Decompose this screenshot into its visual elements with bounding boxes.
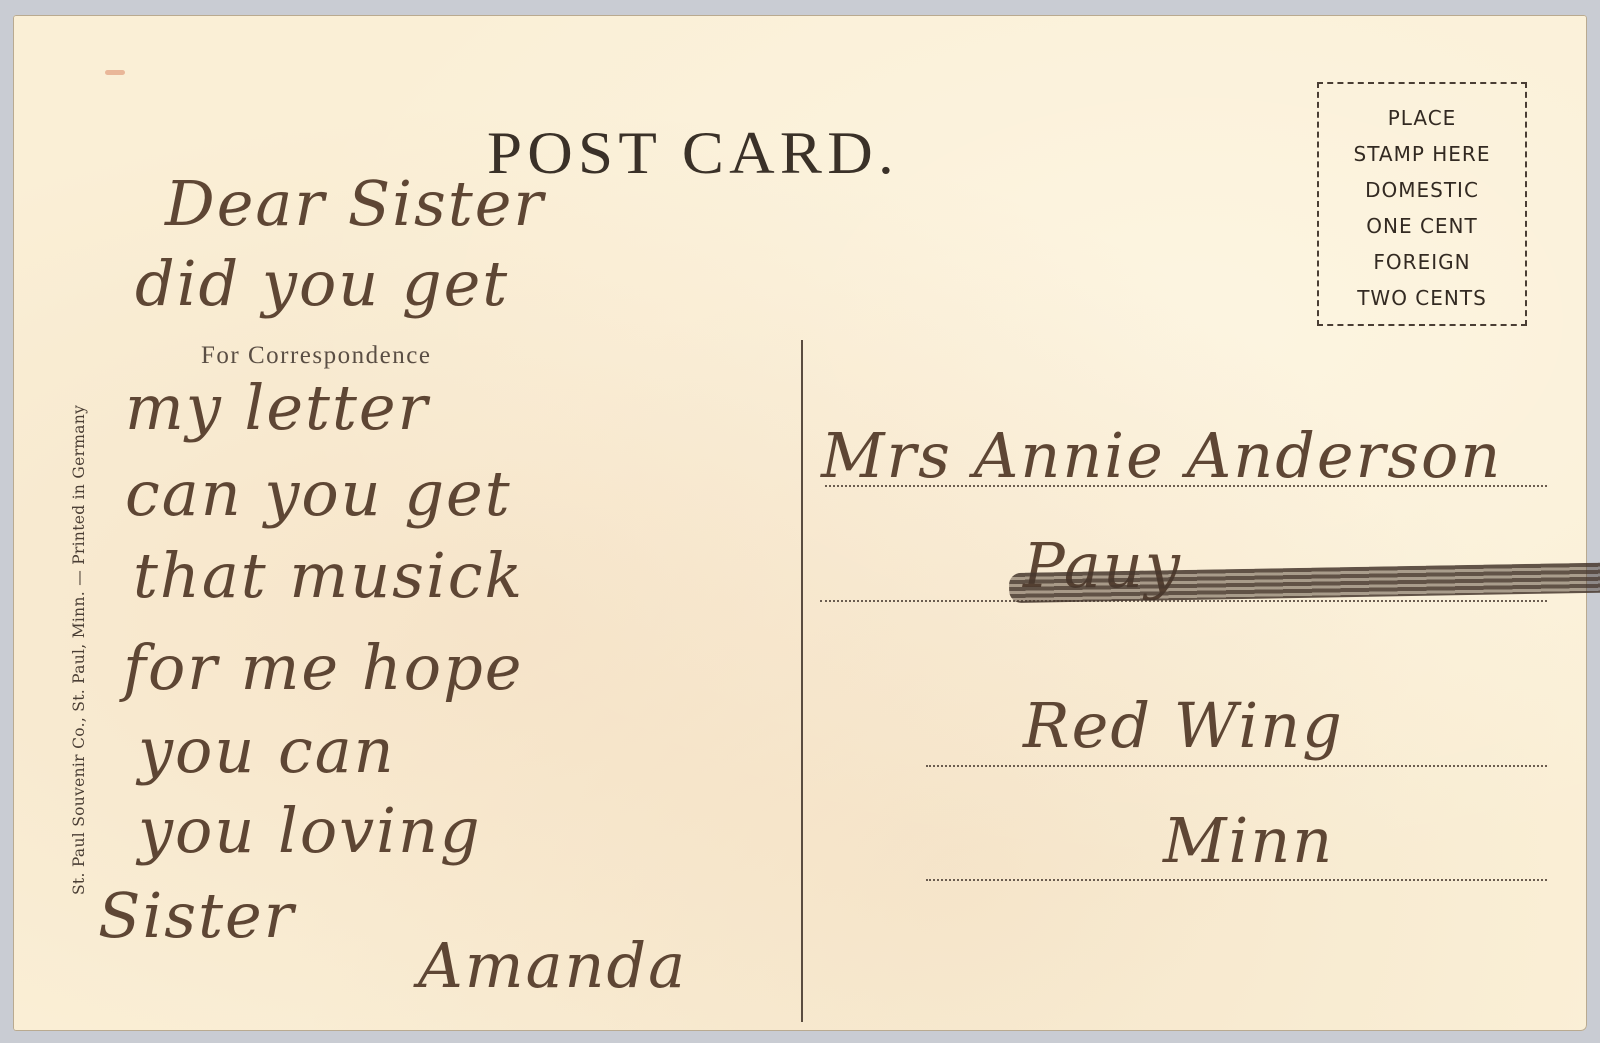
postcard-title: POST CARD. — [487, 123, 899, 183]
stamp-line: DOMESTIC — [1365, 172, 1479, 208]
publisher-imprint: St. Paul Souvenir Co., St. Paul, Minn. —… — [70, 405, 88, 895]
message-line: you loving — [138, 800, 482, 862]
stamp-line: STAMP HERE — [1354, 136, 1491, 172]
address-line-2 — [820, 600, 1547, 602]
address-line-4 — [926, 879, 1547, 881]
address-state: Minn — [1163, 810, 1334, 872]
address-recipient: Mrs Annie Anderson — [821, 425, 1502, 487]
correspondence-label: For Correspondence — [201, 343, 431, 368]
message-line: did you get — [135, 253, 509, 315]
message-line: that musick — [133, 545, 524, 607]
stamp-line: ONE CENT — [1366, 208, 1477, 244]
postcard-back: POST CARD. For Correspondence St. Paul S… — [13, 15, 1587, 1031]
stamp-line: PLACE — [1388, 100, 1457, 136]
address-line-3 — [926, 765, 1547, 767]
paper-stain — [105, 70, 125, 75]
center-divider — [801, 340, 803, 1022]
message-line: for me hope — [123, 637, 523, 699]
address-city: Red Wing — [1023, 695, 1344, 757]
message-line: Sister — [98, 885, 295, 947]
stamp-line: FOREIGN — [1373, 244, 1470, 280]
message-line: can you get — [125, 463, 512, 525]
message-line: my letter — [125, 377, 429, 439]
message-line: Dear Sister — [165, 173, 545, 235]
message-signature: Amanda — [418, 935, 687, 997]
stamp-line: TWO CENTS — [1357, 280, 1487, 316]
address-struck-out: Pauy — [1023, 535, 1600, 597]
stamp-box: PLACE STAMP HERE DOMESTIC ONE CENT FOREI… — [1317, 82, 1527, 326]
message-line: you can — [138, 720, 396, 782]
